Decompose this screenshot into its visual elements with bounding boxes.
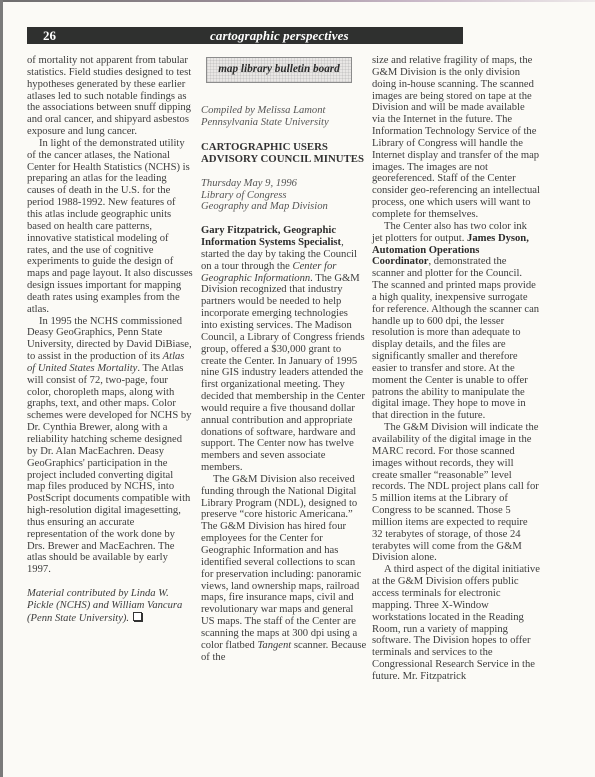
credit-text: Material contributed by Linda W. Pickle … (27, 588, 182, 624)
paragraph: Gary Fitzpatrick, Geographic Information… (201, 225, 367, 474)
paragraph: of mortality not apparent from tabular s… (27, 55, 193, 138)
text-run: The G&M Division also received funding t… (201, 474, 361, 651)
text-run: . The G&M Division recognized that indus… (201, 273, 365, 474)
bulletin-board-banner: map library bulletin board (206, 57, 352, 83)
meeting-date: Thursday May 9, 1996 (201, 178, 297, 189)
page-edge-top (0, 0, 595, 2)
page-number: 26 (43, 27, 56, 44)
bulletin-board-title: map library bulletin board (218, 64, 340, 76)
running-header: 26 cartographic perspectives (27, 27, 463, 44)
speaker-name: Gary Fitzpatrick, Geographic Information… (201, 225, 341, 248)
paragraph: In 1995 the NCHS commissioned Deasy GeoG… (27, 316, 193, 577)
compiled-by: Compiled by Melissa Lamont Pennsylvania … (201, 105, 367, 129)
text-run: . The Atlas will consist of 72, two-page… (27, 363, 191, 575)
contributor-credit: Material contributed by Linda W. Pickle … (27, 588, 193, 625)
compiler-name: Compiled by Melissa Lamont (201, 105, 325, 116)
paragraph: The Center also has two color ink jet pl… (372, 221, 540, 422)
column-3: size and relative fragility of maps, the… (372, 55, 540, 683)
meeting-info: Thursday May 9, 1996 Library of Congress… (201, 178, 367, 214)
paragraph: The G&M Division will indicate the avail… (372, 422, 540, 564)
meeting-place: Library of Congress (201, 190, 287, 201)
compiler-affiliation: Pennsylvania State University (201, 117, 329, 128)
page-edge-left (0, 0, 3, 777)
text-run: , demonstrated the scanner and plotter f… (372, 256, 539, 421)
column-1: of mortality not apparent from tabular s… (27, 55, 193, 625)
running-title: cartographic perspectives (210, 27, 349, 44)
paragraph: size and relative fragility of maps, the… (372, 55, 540, 221)
paragraph: A third aspect of the digital initiative… (372, 564, 540, 682)
end-mark-square-icon (133, 612, 142, 621)
section-heading: CARTOGRAPHIC USERS ADVISORY COUNCIL MINU… (201, 141, 367, 166)
column-2: map library bulletin board Compiled by M… (201, 55, 367, 663)
scanner-name: Tangent (257, 640, 291, 651)
paragraph: In light of the demonstrated utility of … (27, 138, 193, 316)
meeting-division: Geography and Map Division (201, 201, 328, 212)
paragraph: The G&M Division also received funding t… (201, 474, 367, 664)
